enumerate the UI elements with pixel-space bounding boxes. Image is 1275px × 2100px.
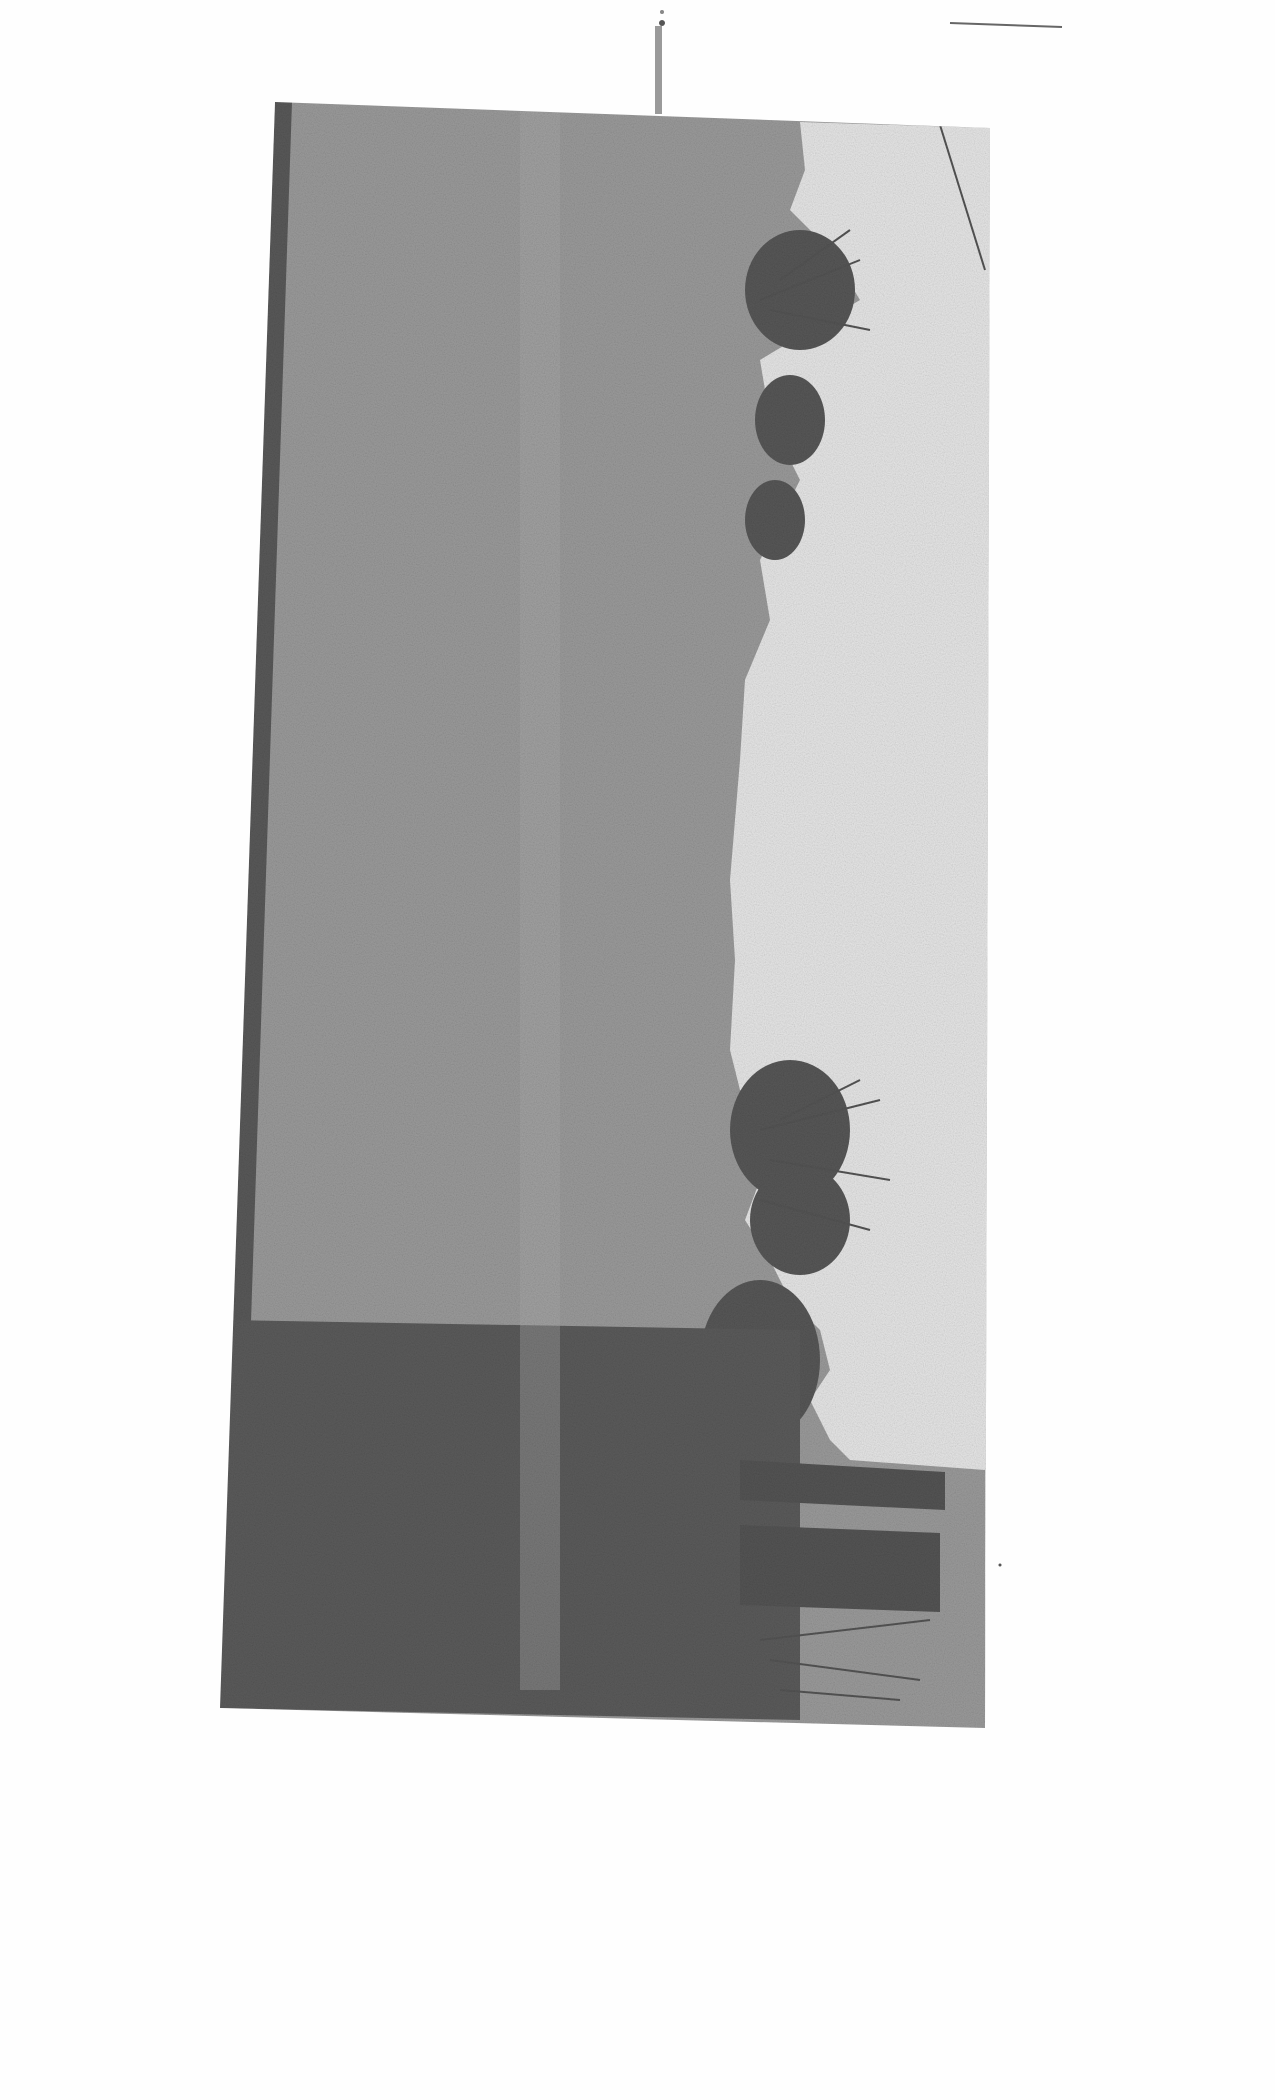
photograph <box>0 0 1275 2100</box>
scanned-page: grassy field with treeline and bare tree… <box>0 0 1275 2100</box>
photo-content <box>200 90 1020 1750</box>
